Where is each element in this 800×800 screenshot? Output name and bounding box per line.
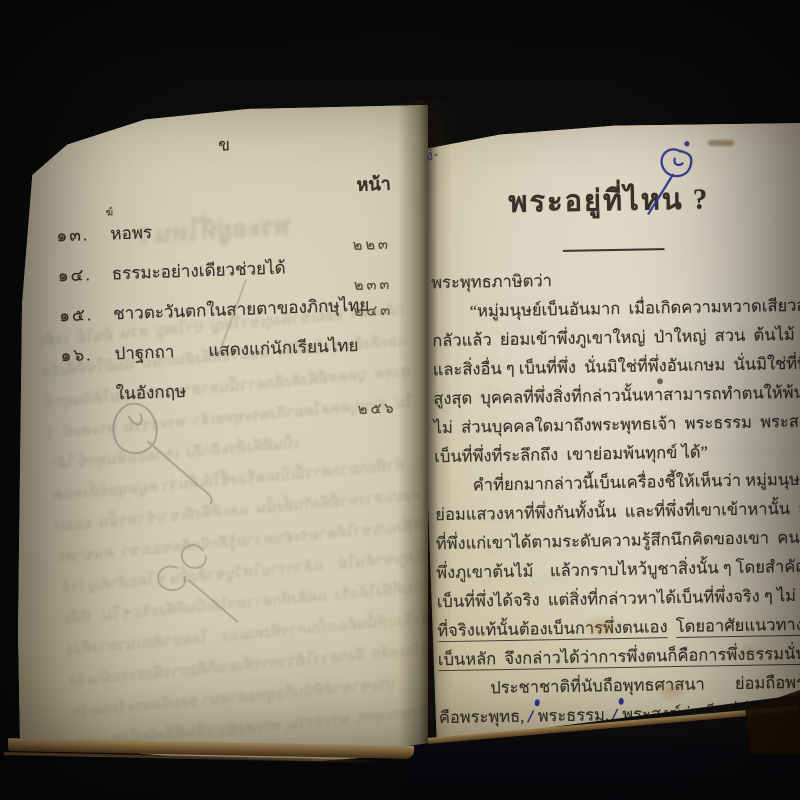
- text-line: พระพุทธภาษิตว่า: [431, 264, 797, 296]
- table-of-contents: หน้า ๑๓.หอพรฆ์๒๒๓๑๔.ธรรมะอย่างเดียวช่วยไ…: [40, 201, 392, 213]
- show-through-line: เบ็นหลัก จึงกล่าวได้ว่าการพึ่งตนก็คือการ…: [68, 635, 435, 698]
- text-line: ไม่ ส่วนบุคคลใดมาถึงพระพุทธเจ้า พระธรรม …: [434, 409, 800, 441]
- blue-tick-mark: /: [526, 706, 534, 728]
- text-line: เบ็นที่พึ่งที่ระลึกถึง เขาย่อมพ้นทุกข์ ไ…: [434, 438, 800, 470]
- toc-item-title-text: ชาวตะวันตกในสายตาของภิกษุไทย: [113, 295, 370, 323]
- text-segment: ไม่ ส่วนบุคคลใดมาถึงพระพุทธเจ้า พระธรรม …: [434, 411, 800, 437]
- text-line: และสิ่งอื่น ๆ เบ็นที่พึ่ง นั่นมิใช่ที่พึ…: [433, 351, 799, 383]
- edge-smudge: [708, 140, 734, 146]
- toc-row: ๑๔.ธรรมะอย่างเดียวช่วยได้๒๓๓: [41, 251, 393, 263]
- text-segment: เบ็นหลัก จึงกล่าวได้ว่าการพึ่งตนก็คือการ…: [438, 643, 800, 671]
- title-rule: [563, 248, 665, 252]
- show-through-line: สูงสุด บุคคลที่พึ่งสิ่งที่กล่าวนั้นหาสาม…: [44, 357, 411, 420]
- text-segment: พึ่งภูเขาต้นไม้ แล้วกราบไหว้บูชาสิ่งนั้น…: [436, 556, 800, 582]
- toc-item-superscript-mark: ฆ์: [105, 205, 113, 220]
- show-through-line: ประชาชาติที่นับถือพุทธศาสนา ย่อมถือพระรั…: [71, 666, 438, 729]
- text-line: เบ็นที่พึ่งได้จริง แต่สิ่งที่กล่าวหาได้เ…: [437, 583, 800, 615]
- toc-item-title-text: แสดงแก่นักเรียนไทย: [208, 336, 359, 360]
- show-through-text: กลัวแล้ว ย่อมเข้าพึ่งภูเขาใหญ่ ป่าใหญ่ ส…: [39, 295, 441, 755]
- text-line: ประชาชาติที่นับถือพุทธศาสนาย่อมถือพระรัต…: [438, 669, 800, 702]
- text-segment: กลัวแล้ว ย่อมเข้าพึ่งภูเขาใหญ่ ป่าใหญ่ ส…: [432, 324, 800, 350]
- text-segment: สูงสุด บุคคลที่พึ่งสิ่งที่กล่าวนั้นหาสาม…: [433, 382, 800, 408]
- toc-item-number: ๑๖.: [60, 341, 93, 369]
- toc-row: ๑๕.ชาวตะวันตกในสายตาของภิกษุไทย๒๔๓: [43, 291, 395, 303]
- right-page: พระพุทธภาษิตว่า“หมู่มนุษย์เบ็นอันมาก เมื…: [415, 118, 800, 758]
- toc-item-title: ธรรมะอย่างเดียวช่วยได้: [111, 254, 286, 287]
- toc-page-number: ๒๔๓: [353, 299, 393, 323]
- toc-item-title: หอพรฆ์: [110, 219, 153, 247]
- text-segment: ที่จริงแท้นั้นต้องเบ็นการพึ่งตนเอง: [437, 617, 668, 642]
- toc-row: ๑๓.หอพรฆ์๒๒๓: [40, 211, 392, 223]
- show-through-line: พึ่งภูเขาต้นไม้ แล้วกราบไหว้บูชาสิ่งนั้น…: [60, 542, 427, 605]
- text-line: สูงสุด บุคคลที่พึ่งสิ่งที่กล่าวนั้นหาสาม…: [433, 380, 799, 412]
- body-text: พระพุทธภาษิตว่า“หมู่มนุษย์เบ็นอันมาก เมื…: [431, 264, 800, 734]
- show-through-line: ที่จริงแท้นั้นต้องเบ็นการพึ่งตนเอง โดยอา…: [66, 604, 433, 667]
- pencil-doodle-icon: [102, 390, 246, 525]
- show-through-line: ที่พึ่งแก่เขาได้ตามระดับความรู้สึกนึกคิด…: [57, 511, 424, 574]
- chapter-title: พระอยู่ที่ไหน ?: [413, 174, 800, 227]
- text-segment: [667, 617, 676, 636]
- show-through-line: เบ็นที่พึ่งที่ระลึกถึง เขาย่อมพ้นทุกข์ ไ…: [49, 419, 416, 482]
- text-line: กลัวแล้ว ย่อมเข้าพึ่งภูเขาใหญ่ ป่าใหญ่ ส…: [432, 322, 798, 354]
- text-line: คำที่ยกมากล่าวนี้เบ็นเครื่องชี้ให้เห็นว่…: [435, 466, 800, 499]
- toc-item-number: ๑๓.: [56, 221, 90, 249]
- toc-item-number: ๑๕.: [59, 301, 94, 329]
- text-segment: เบ็นที่พึ่งที่ระลึกถึง เขาย่อมพ้นทุกข์ ไ…: [434, 442, 708, 466]
- text-segment: พระพุทธภาษิตว่า: [431, 271, 552, 292]
- text-segment: และสิ่งอื่น ๆ เบ็นที่พึ่ง นั่นมิใช่ที่พึ…: [433, 353, 800, 379]
- toc-item-title: ชาวตะวันตกในสายตาของภิกษุไทย: [113, 291, 370, 327]
- text-line: “หมู่มนุษย์เบ็นอันมาก เมื่อเกิดความหวาดเ…: [432, 292, 800, 325]
- book-photo: พระอยู่ที่ไหน ? กลัวแล้ว ย่อมเข้าพึ่งภูเ…: [0, 0, 800, 800]
- text-line: ย่อมแสวงหาที่พึ่งกันทั้งนั้น และที่พึ่งท…: [435, 496, 800, 528]
- text-segment: โดยอาศัยแนวทางคือธรรม: [676, 614, 800, 638]
- text-segment: คำที่ยกมากล่าวนี้เบ็นเครื่องชี้ให้เห็นว่…: [473, 469, 800, 495]
- text-segment: เบ็นที่พึ่งได้จริง แต่สิ่งที่กล่าวหาได้เ…: [437, 586, 800, 611]
- toc-page-number: ๒๕๖: [357, 397, 397, 421]
- text-segment: ย่อมแสวงหาที่พึ่งกันทั้งนั้น และที่พึ่งท…: [435, 498, 800, 524]
- show-through-text: พระอยู่ที่ไหน ?: [135, 206, 292, 257]
- page-column-header: หน้า: [356, 169, 391, 199]
- text-line: ที่พึ่งแก่เขาได้ตามระดับความรู้สึกนึกคิด…: [436, 525, 800, 557]
- corner-page-mark: ข: [218, 131, 231, 158]
- toc-item-title-text: ปาฐกถา: [114, 342, 174, 363]
- toc-row: ๑๖.ปาฐกถาแสดงแก่นักเรียนไทยในอังกฤษ๒๕๖: [44, 331, 396, 343]
- show-through-line: คำที่ยกมากล่าวนี้เบ็นเครื่องชี้ให้เห็นว่…: [52, 449, 419, 512]
- text-line: เบ็นหลัก จึงกล่าวได้ว่าการพึ่งตนก็คือการ…: [438, 641, 800, 673]
- toc-item-title-text: ธรรมะอย่างเดียวช่วยได้: [111, 258, 286, 283]
- text-segment: ประชาชาติที่นับถือพุทธศาสนา: [490, 675, 705, 698]
- text-line: พึ่งภูเขาต้นไม้ แล้วกราบไหว้บูชาสิ่งนั้น…: [436, 554, 800, 586]
- text-segment: คือพระพุทธ,: [439, 707, 525, 727]
- show-through-line: เบ็นที่พึ่งได้จริง แต่สิ่งที่กล่าวหาได้เ…: [63, 573, 430, 636]
- pencil-doodle-icon: [151, 529, 285, 643]
- toc-item-number: ๑๔.: [57, 261, 92, 289]
- text-segment: “หมู่มนุษย์เบ็นอันมาก เมื่อเกิดความหวาดเ…: [470, 295, 800, 320]
- text-line: ที่จริงแท้นั้นต้องเบ็นการพึ่งตนเอง โดยอา…: [437, 612, 800, 644]
- text-segment: ย่อมถือพระรัตนตรัย: [735, 672, 800, 693]
- text-segment: ที่พึ่งแก่เขาได้ตามระดับความรู้สึกนึกคิด…: [436, 527, 800, 553]
- toc-item-title-line2: ในอังกฤษ: [115, 378, 186, 407]
- toc-item-title: ปาฐกถาแสดงแก่นักเรียนไทย: [114, 332, 359, 367]
- toc-page-number: ๒๒๓: [352, 233, 391, 257]
- show-through-line: ย่อมแสวงหาที่พึ่งกันทั้งนั้น และที่พึ่งท…: [55, 480, 422, 543]
- left-page: พระอยู่ที่ไหน ? กลัวแล้ว ย่อมเข้าพึ่งภูเ…: [18, 105, 428, 765]
- toc-item-title-text: หอพร: [110, 223, 152, 243]
